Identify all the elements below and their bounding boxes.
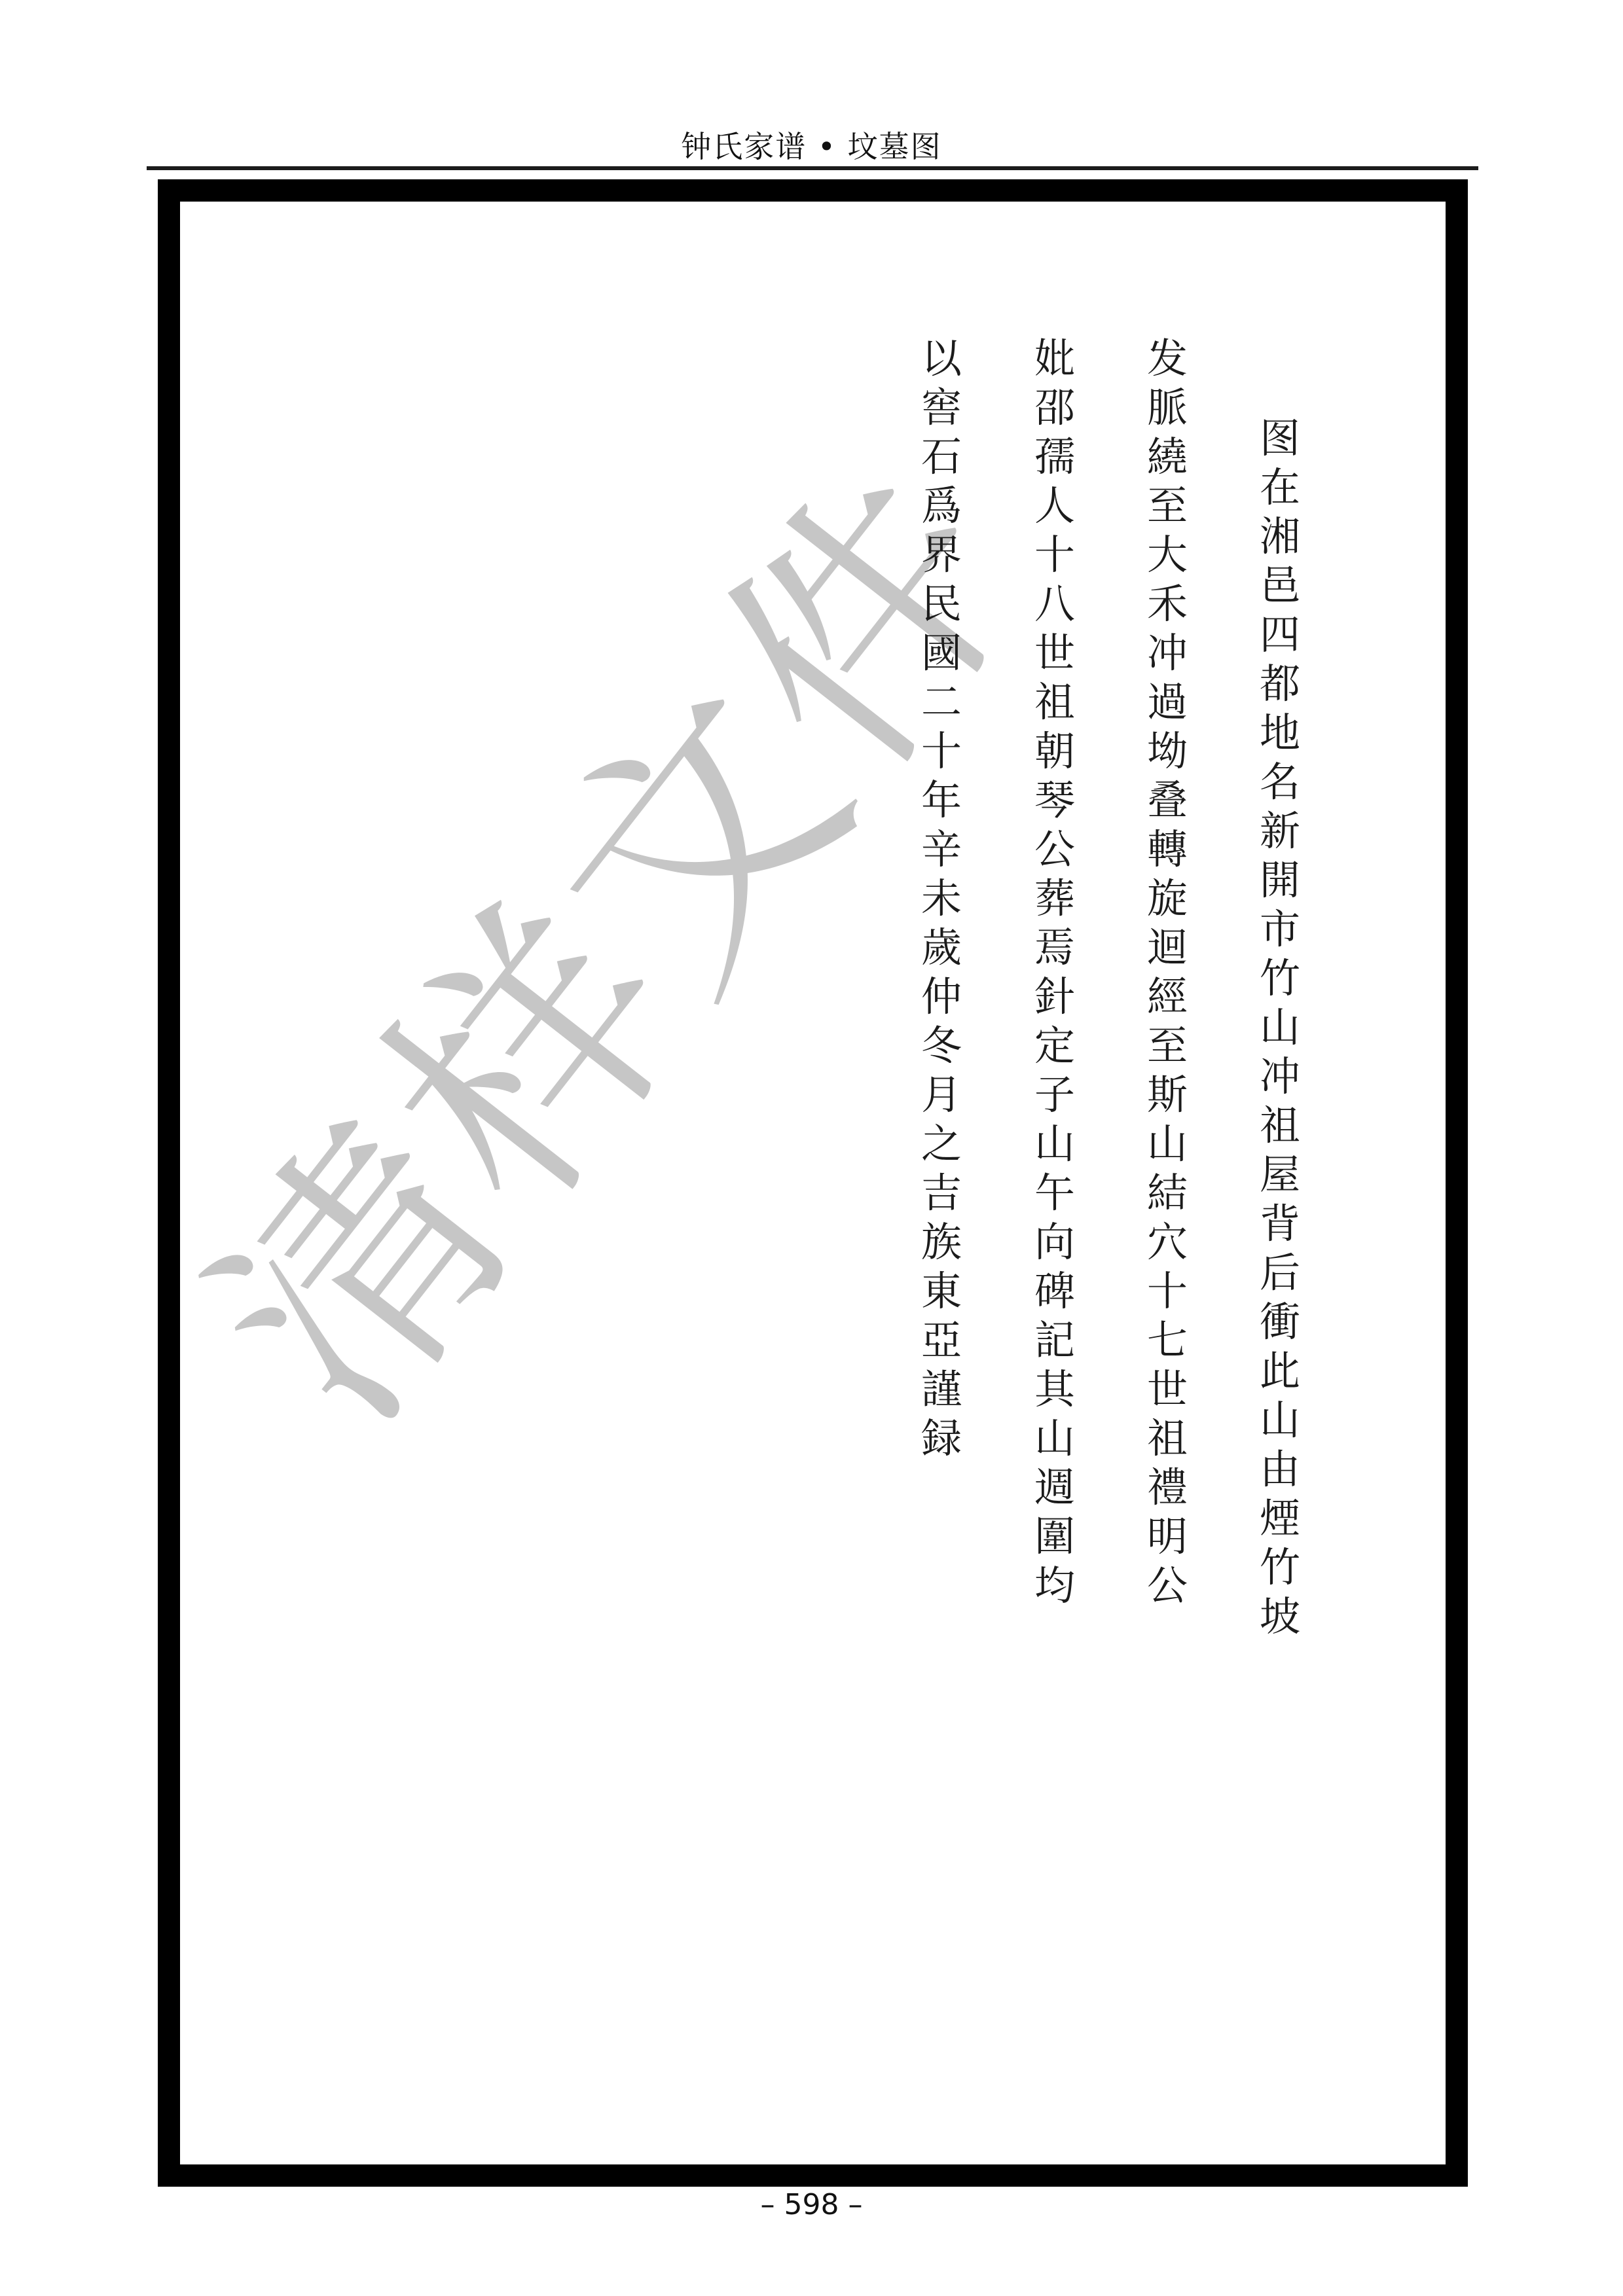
column-character: 七 bbox=[1147, 1316, 1188, 1365]
column-character: 后 bbox=[1260, 1248, 1300, 1297]
column-character: 吉 bbox=[921, 1168, 962, 1217]
column-character: 窖 bbox=[921, 383, 962, 432]
column-character: 均 bbox=[1034, 1561, 1075, 1610]
column-character: 邵 bbox=[1034, 383, 1075, 432]
column-character: 石 bbox=[921, 432, 962, 481]
column-character: 碑 bbox=[1034, 1266, 1075, 1316]
column-character: 竹 bbox=[1260, 1543, 1300, 1592]
text-column-4: 以窖石爲界民國二十年辛未歲仲冬月之吉族東亞謹録 bbox=[915, 334, 968, 1463]
column-character: 十 bbox=[1034, 530, 1075, 579]
column-character: 歲 bbox=[921, 923, 962, 972]
column-character: 市 bbox=[1260, 905, 1300, 954]
column-character: 繞 bbox=[1147, 432, 1188, 481]
column-character: 公 bbox=[1147, 1561, 1188, 1610]
column-character: 祖 bbox=[1147, 1414, 1188, 1463]
column-character: 十 bbox=[921, 726, 962, 776]
column-character: 二 bbox=[921, 677, 962, 726]
column-character: 定 bbox=[1034, 1021, 1075, 1070]
column-character: 至 bbox=[1147, 1021, 1188, 1070]
column-character: 大 bbox=[1147, 530, 1188, 579]
column-character: 明 bbox=[1147, 1512, 1188, 1561]
column-character: 仲 bbox=[921, 972, 962, 1021]
column-character: 葬 bbox=[1034, 874, 1075, 923]
column-character: 坳 bbox=[1147, 726, 1188, 776]
column-character: 經 bbox=[1147, 972, 1188, 1021]
column-character: 公 bbox=[1034, 825, 1075, 874]
column-character: 竹 bbox=[1260, 954, 1300, 1003]
column-character: 世 bbox=[1147, 1365, 1188, 1414]
column-character: 之 bbox=[921, 1119, 962, 1168]
column-character: 至 bbox=[1147, 481, 1188, 530]
column-character: 禾 bbox=[1147, 579, 1188, 628]
column-character: 國 bbox=[921, 628, 962, 677]
header-rule bbox=[147, 166, 1478, 170]
column-character: 在 bbox=[1260, 463, 1300, 512]
column-character: 发 bbox=[1147, 334, 1188, 383]
column-character: 图 bbox=[1260, 414, 1300, 463]
column-character: 以 bbox=[921, 334, 962, 383]
column-character: 迴 bbox=[1147, 923, 1188, 972]
column-character: 未 bbox=[921, 874, 962, 923]
column-character: 八 bbox=[1034, 579, 1075, 628]
column-character: 過 bbox=[1147, 677, 1188, 726]
column-character: 爲 bbox=[921, 481, 962, 530]
column-character: 十 bbox=[1147, 1266, 1188, 1316]
column-character: 山 bbox=[1260, 1003, 1300, 1052]
column-character: 孺 bbox=[1034, 432, 1075, 481]
column-character: 辛 bbox=[921, 825, 962, 874]
column-character: 衝 bbox=[1260, 1297, 1300, 1346]
column-character: 東 bbox=[921, 1266, 962, 1316]
column-character: 山 bbox=[1034, 1414, 1075, 1463]
column-character: 山 bbox=[1034, 1119, 1075, 1168]
column-character: 冲 bbox=[1260, 1052, 1300, 1101]
column-character: 界 bbox=[921, 530, 962, 579]
page-number: – 598 – bbox=[0, 2189, 1623, 2221]
column-character: 琴 bbox=[1034, 776, 1075, 825]
column-character: 由 bbox=[1260, 1444, 1300, 1494]
column-character: 四 bbox=[1260, 610, 1300, 659]
text-column-3: 妣邵孺人十八世祖朝琴公葬焉針定子山午向碑記其山週圍均 bbox=[1029, 334, 1081, 1610]
column-character: 其 bbox=[1034, 1365, 1075, 1414]
column-character: 坡 bbox=[1260, 1592, 1300, 1641]
column-character: 焉 bbox=[1034, 923, 1075, 972]
column-character: 屋 bbox=[1260, 1150, 1300, 1199]
column-character: 民 bbox=[921, 579, 962, 628]
column-character: 記 bbox=[1034, 1316, 1075, 1365]
column-character: 斯 bbox=[1147, 1070, 1188, 1119]
column-character: 朝 bbox=[1034, 726, 1075, 776]
column-character: 年 bbox=[921, 776, 962, 825]
column-character: 穴 bbox=[1147, 1217, 1188, 1266]
column-character: 結 bbox=[1147, 1168, 1188, 1217]
column-character: 名 bbox=[1260, 757, 1300, 806]
column-character: 族 bbox=[921, 1217, 962, 1266]
column-character: 脈 bbox=[1147, 383, 1188, 432]
column-character: 旋 bbox=[1147, 874, 1188, 923]
column-character: 録 bbox=[921, 1414, 962, 1463]
column-character: 此 bbox=[1260, 1346, 1300, 1395]
column-character: 煙 bbox=[1260, 1494, 1300, 1543]
column-character: 開 bbox=[1260, 855, 1300, 905]
column-character: 子 bbox=[1034, 1070, 1075, 1119]
column-character: 湘 bbox=[1260, 512, 1300, 561]
column-character: 冬 bbox=[921, 1021, 962, 1070]
column-character: 地 bbox=[1260, 708, 1300, 757]
column-character: 冲 bbox=[1147, 628, 1188, 677]
column-character: 世 bbox=[1034, 628, 1075, 677]
text-column-2: 发脈繞至大禾冲過坳叠轉旋迴經至斯山結穴十七世祖禮明公 bbox=[1141, 334, 1194, 1610]
column-character: 山 bbox=[1147, 1119, 1188, 1168]
column-character: 山 bbox=[1260, 1395, 1300, 1444]
column-character: 新 bbox=[1260, 806, 1300, 855]
column-character: 祖 bbox=[1260, 1101, 1300, 1150]
column-character: 向 bbox=[1034, 1217, 1075, 1266]
column-character: 轉 bbox=[1147, 825, 1188, 874]
page-header-title: 钟氏家谱 • 坟墓图 bbox=[0, 128, 1623, 165]
column-character: 背 bbox=[1260, 1199, 1300, 1248]
column-character: 妣 bbox=[1034, 334, 1075, 383]
column-character: 週 bbox=[1034, 1463, 1075, 1512]
column-character: 謹 bbox=[921, 1365, 962, 1414]
column-character: 人 bbox=[1034, 481, 1075, 530]
column-character: 亞 bbox=[921, 1316, 962, 1365]
column-character: 祖 bbox=[1034, 677, 1075, 726]
column-character: 圍 bbox=[1034, 1512, 1075, 1561]
column-character: 叠 bbox=[1147, 776, 1188, 825]
column-character: 午 bbox=[1034, 1168, 1075, 1217]
column-character: 邑 bbox=[1260, 561, 1300, 610]
column-character: 針 bbox=[1034, 972, 1075, 1021]
column-character: 都 bbox=[1260, 659, 1300, 708]
text-column-1: 图在湘邑四都地名新開市竹山冲祖屋背后衝此山由煙竹坡 bbox=[1254, 414, 1306, 1641]
column-character: 禮 bbox=[1147, 1463, 1188, 1512]
column-character: 月 bbox=[921, 1070, 962, 1119]
